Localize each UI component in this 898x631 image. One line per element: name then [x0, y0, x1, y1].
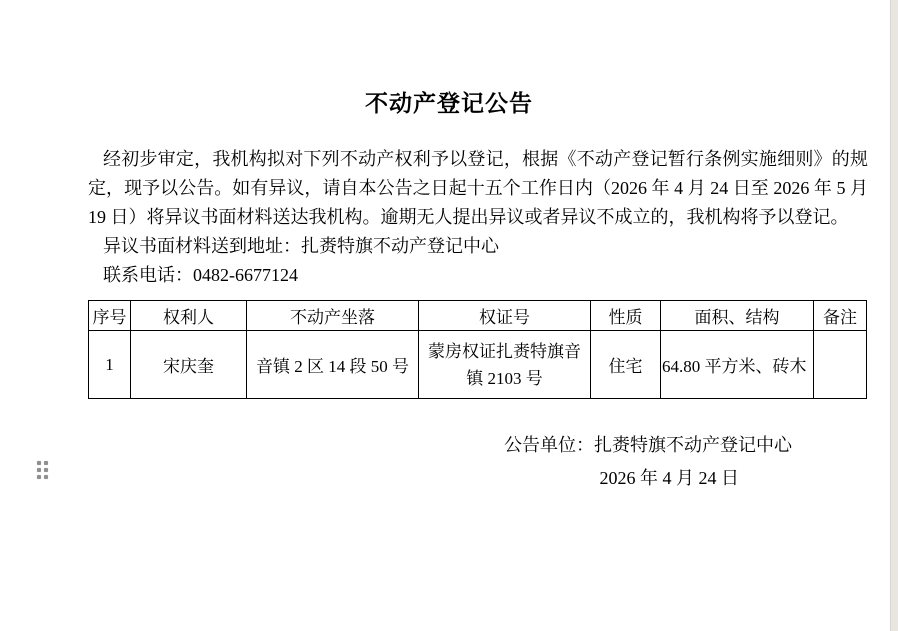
announcement-paragraph: 经初步审定，我机构拟对下列不动产权利予以登记，根据《不动产登记暂行条例实施细则》…: [88, 145, 868, 232]
header-area-structure: 面积、结构: [661, 301, 814, 331]
cell-certificate-number: 蒙房权证扎赉特旗音镇 2103 号: [419, 331, 591, 399]
drag-handle-dot: [37, 468, 41, 472]
document-body: 不动产登记公告 经初步审定，我机构拟对下列不动产权利予以登记，根据《不动产登记暂…: [88, 0, 868, 493]
cell-remarks: [814, 331, 867, 399]
document-page: 不动产登记公告 经初步审定，我机构拟对下列不动产权利予以登记，根据《不动产登记暂…: [0, 0, 898, 631]
address-line: 异议书面材料送到地址：扎赉特旗不动产登记中心: [88, 232, 868, 261]
registration-table: 序号 权利人 不动产坐落 权证号 性质 面积、结构 备注 1 宋庆奎 音镇 2 …: [88, 300, 867, 399]
cell-serial-number: 1: [89, 331, 131, 399]
header-serial-number: 序号: [89, 301, 131, 331]
header-property-nature: 性质: [591, 301, 661, 331]
cell-rights-holder: 宋庆奎: [131, 331, 247, 399]
table-header-row: 序号 权利人 不动产坐落 权证号 性质 面积、结构 备注: [89, 301, 867, 331]
date-line: 2026 年 4 月 24 日: [88, 464, 868, 493]
cell-property-location: 音镇 2 区 14 段 50 号: [247, 331, 419, 399]
cell-property-nature: 住宅: [591, 331, 661, 399]
drag-handle-dot: [44, 461, 48, 465]
phone-line: 联系电话：0482-6677124: [88, 261, 868, 290]
drag-handle-dot: [37, 461, 41, 465]
header-rights-holder: 权利人: [131, 301, 247, 331]
header-certificate-number: 权证号: [419, 301, 591, 331]
table-row: 1 宋庆奎 音镇 2 区 14 段 50 号 蒙房权证扎赉特旗音镇 2103 号…: [89, 331, 867, 399]
page-title: 不动产登记公告: [88, 90, 810, 118]
header-remarks: 备注: [814, 301, 867, 331]
drag-handle-dot: [37, 475, 41, 479]
header-property-location: 不动产坐落: [247, 301, 419, 331]
cell-area-structure: 64.80 平方米、砖木: [661, 331, 814, 399]
drag-handle-dot: [44, 468, 48, 472]
page-edge-strip: [890, 0, 898, 631]
drag-handle-icon[interactable]: [37, 461, 48, 479]
drag-handle-dot: [44, 475, 48, 479]
issuer-line: 公告单位：扎赉特旗不动产登记中心: [88, 431, 868, 460]
